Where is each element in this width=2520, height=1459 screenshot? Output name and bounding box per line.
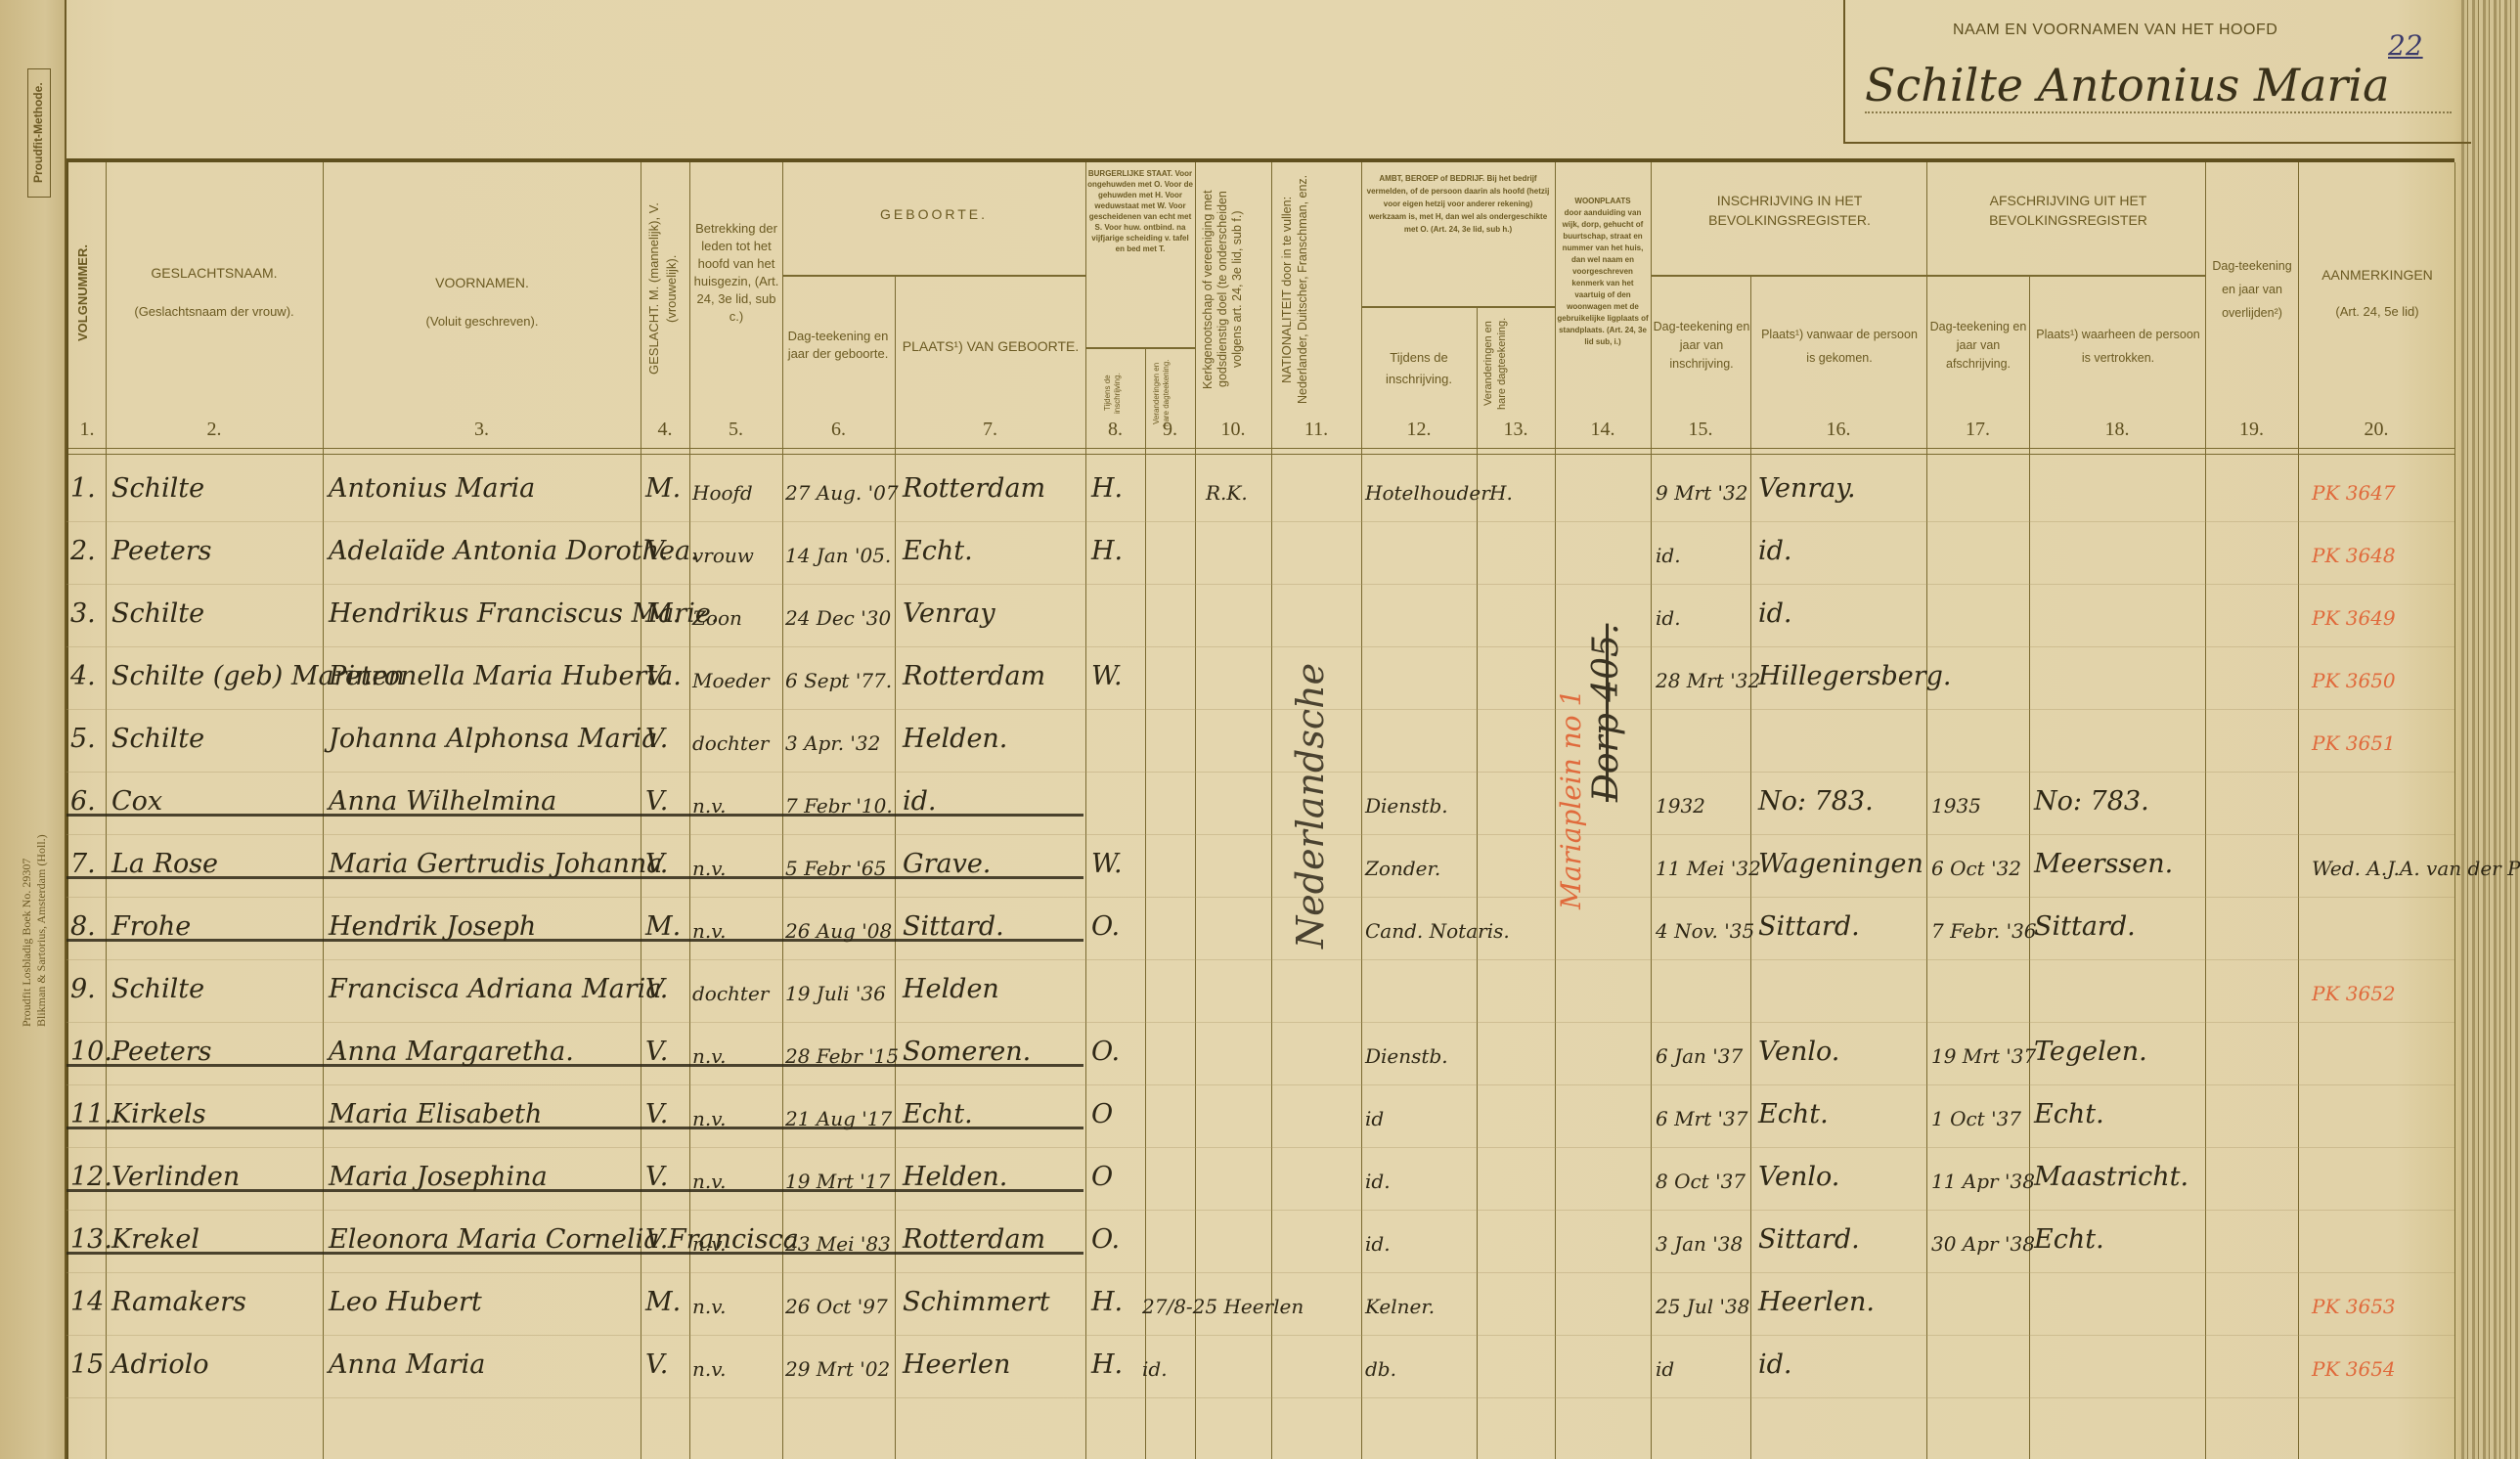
- cell-birth-place: id.: [903, 786, 937, 817]
- cell-surname: Schilte: [111, 724, 204, 754]
- col-number-16: 16.: [1750, 419, 1926, 441]
- col-number-5: 5.: [689, 419, 782, 441]
- cell-remarks: PK 3648: [2312, 544, 2396, 567]
- cell-nr: 2.: [70, 536, 96, 566]
- cell-to-place: Tegelen.: [2034, 1037, 2147, 1067]
- cell-given: Leo Hubert: [329, 1287, 482, 1317]
- strikethrough-line: [66, 1189, 1083, 1192]
- header-col-2-note: (Geslachtsnaam der vrouw).: [110, 303, 319, 321]
- cell-surname: Schilte: [111, 598, 204, 629]
- header-top-rule: [66, 158, 2454, 162]
- header-col-5: Betrekking der leden tot het hoofd van h…: [692, 220, 780, 326]
- table-row: 9.SchilteFrancisca Adriana MariaV.dochte…: [66, 966, 2454, 1029]
- cell-occupation: id.: [1365, 1232, 1391, 1256]
- imprint-line-2: Blikman & Sartorius, Amsterdam (Holl.): [34, 675, 49, 1027]
- cell-remarks: PK 3651: [2312, 731, 2396, 755]
- cell-birth-date: 29 Mrt '02: [785, 1357, 890, 1381]
- header-col-14-title: WOONPLAATS: [1557, 196, 1649, 207]
- head-box-title: NAAM EN VOORNAMEN VAN HET HOOFD: [1953, 22, 2277, 39]
- cell-sex: M.: [645, 598, 681, 629]
- cell-reg-date: 6 Mrt '37: [1656, 1107, 1747, 1130]
- header-col-3: VOORNAMEN. (Voluit geschreven).: [327, 274, 638, 331]
- cell-nr: 12.: [70, 1162, 112, 1192]
- cell-civil: O.: [1091, 911, 1120, 942]
- header-col-12: Tijdens de inschrijving.: [1364, 347, 1474, 390]
- beroep-subrule: [1361, 306, 1555, 308]
- binding-spine: Proudfit-Methode. Proudfit Losbladig Boe…: [0, 0, 66, 1459]
- cell-civil: H.: [1091, 1349, 1123, 1380]
- cell-birth-place: Sittard.: [903, 911, 1004, 942]
- cell-occupation: Hotelhouder: [1365, 481, 1490, 505]
- cell-remarks: PK 3653: [2312, 1295, 2396, 1318]
- cell-reg-date: 1932: [1656, 794, 1705, 818]
- header-col-3-note: (Voluit geschreven).: [327, 313, 638, 331]
- cell-given: Maria Elisabeth: [329, 1099, 542, 1129]
- col-number-7: 7.: [895, 419, 1085, 441]
- header-col-11: NATIONALITEIT door in te vullen: Nederla…: [1279, 172, 1355, 407]
- header-col-20-note: (Art. 24, 5e lid): [2300, 303, 2454, 321]
- spine-method-label: Proudfit-Methode.: [27, 68, 51, 198]
- col-line: [2454, 162, 2455, 1459]
- cell-sex: V.: [645, 536, 668, 566]
- cell-given: Maria Gertrudis Johanna: [329, 849, 662, 879]
- cell-birth-place: Echt.: [903, 1099, 973, 1129]
- cell-birth-place: Someren.: [903, 1037, 1031, 1067]
- cell-from-place: Venray.: [1758, 473, 1856, 504]
- cell-sex: V.: [645, 1162, 668, 1192]
- cell-surname: Ramakers: [111, 1287, 246, 1317]
- col-number-4: 4.: [641, 419, 689, 441]
- cell-relation: dochter: [692, 731, 769, 755]
- cell-reg-date: id.: [1656, 606, 1681, 630]
- cell-surname: Cox: [111, 786, 162, 817]
- col-number-8: 8.: [1085, 419, 1145, 441]
- cell-birth-place: Rotterdam: [903, 473, 1045, 504]
- cell-civil: H.: [1091, 1287, 1123, 1317]
- cell-occupation: db.: [1365, 1357, 1396, 1381]
- table-row: 2.PeetersAdelaïde Antonia Dorothea.V.vro…: [66, 528, 2454, 591]
- cell-remarks: PK 3654: [2312, 1357, 2396, 1381]
- table-row: 6.CoxAnna WilhelminaV.n.v.7 Febr '10.id.…: [66, 778, 2454, 841]
- col-number-2: 2.: [106, 419, 323, 441]
- col-number-18: 18.: [2029, 419, 2205, 441]
- cell-remarks: PK 3652: [2312, 982, 2396, 1005]
- strikethrough-line: [66, 814, 1083, 817]
- cell-dereg-date: 11 Apr '38: [1931, 1170, 2035, 1193]
- cell-sex: M.: [645, 473, 681, 504]
- header-col-20-title: AANMERKINGEN: [2300, 266, 2454, 284]
- cell-sex: M.: [645, 911, 681, 942]
- cell-nr: 5.: [70, 724, 96, 754]
- cell-birth-date: 24 Dec '30: [785, 606, 891, 630]
- cell-from-place: Sittard.: [1758, 911, 1860, 942]
- header-col-2: GESLACHTSNAAM. (Geslachtsnaam der vrouw)…: [110, 264, 319, 321]
- cell-religion: R.K.: [1206, 481, 1248, 505]
- cell-from-place: Venlo.: [1758, 1162, 1839, 1192]
- cell-dereg-date: 7 Febr. '36: [1931, 919, 2037, 943]
- spine-printer-imprint: Proudfit Losbladig Boek No. 29307 Blikma…: [20, 675, 49, 1027]
- cell-surname: La Rose: [111, 849, 218, 879]
- cell-occupation: Zonder.: [1365, 857, 1440, 880]
- cell-birth-date: 14 Jan '05.: [785, 544, 891, 567]
- cell-given: Eleonora Maria Cornelia Francisca: [329, 1224, 799, 1255]
- cell-occupation: id: [1365, 1107, 1384, 1130]
- head-of-household-box: NAAM EN VOORNAMEN VAN HET HOOFD Schilte …: [1843, 0, 2471, 144]
- cell-occ-change: H.: [1489, 481, 1513, 505]
- header-col-14-note: door aanduiding van wijk, dorp, gehucht …: [1557, 207, 1649, 348]
- cell-birth-place: Rotterdam: [903, 661, 1045, 691]
- cell-nr: 14: [70, 1287, 104, 1317]
- cell-given: Johanna Alphonsa Maria: [329, 724, 657, 754]
- geboorte-subrule: [782, 275, 1085, 277]
- cell-civil: H.: [1091, 473, 1123, 504]
- cell-nr: 3.: [70, 598, 96, 629]
- cell-relation: Zoon: [692, 606, 742, 630]
- cell-civil: O: [1091, 1099, 1113, 1129]
- cell-birth-place: Echt.: [903, 536, 973, 566]
- strikethrough-line: [66, 1252, 1083, 1255]
- cell-from-place: id.: [1758, 598, 1792, 629]
- table-row: 10.PeetersAnna Margaretha.V.n.v.28 Febr …: [66, 1029, 2454, 1091]
- cell-nr: 10.: [70, 1037, 112, 1067]
- cell-from-place: id.: [1758, 1349, 1792, 1380]
- cell-from-place: Hillegersberg.: [1758, 661, 1952, 691]
- col-number-14: 14.: [1555, 419, 1651, 441]
- strikethrough-line: [66, 1127, 1083, 1129]
- cell-reg-date: 3 Jan '38: [1656, 1232, 1743, 1256]
- header-col-19: Dag-teekening en jaar van overlijden²): [2208, 254, 2296, 325]
- cell-reg-date: 25 Jul '38: [1656, 1295, 1749, 1318]
- header-col-1: VOLGNUMMER.: [74, 176, 96, 411]
- cell-birth-place: Helden.: [903, 724, 1007, 754]
- cell-dereg-date: 19 Mrt '37: [1931, 1044, 2036, 1068]
- cell-sex: V.: [645, 1349, 668, 1380]
- cell-birth-place: Schimmert: [903, 1287, 1050, 1317]
- cell-reg-date: 28 Mrt '32: [1656, 669, 1760, 692]
- strikethrough-line: [66, 1064, 1083, 1067]
- cell-occupation: Dienstb.: [1365, 1044, 1448, 1068]
- header-col-20: AANMERKINGEN (Art. 24, 5e lid): [2300, 266, 2454, 321]
- cell-given: Francisca Adriana Maria: [329, 974, 661, 1004]
- cell-nr: 6.: [70, 786, 96, 817]
- header-col-18: Plaats¹) waarheen de persoon is vertrokk…: [2034, 323, 2202, 370]
- cell-relation: dochter: [692, 982, 769, 1005]
- cell-dereg-date: 30 Apr '38: [1931, 1232, 2035, 1256]
- cell-given: Adelaïde Antonia Dorothea.: [329, 536, 699, 566]
- header-col-10: Kerkgenootschap of vereeniging met godsd…: [1201, 172, 1265, 407]
- cell-relation: n.v.: [692, 1357, 727, 1381]
- cell-birth-place: Rotterdam: [903, 1224, 1045, 1255]
- cell-nr: 8.: [70, 911, 96, 942]
- cell-civil-change: 27/8-25 Heerlen: [1142, 1295, 1304, 1318]
- header-col-15: Dag-teekening en jaar van inschrijving.: [1653, 318, 1750, 374]
- col-number-20: 20.: [2298, 419, 2454, 441]
- col-number-3: 3.: [323, 419, 641, 441]
- header-col-16: Plaats¹) vanwaar de persoon is gekomen.: [1755, 323, 1923, 370]
- head-of-household-name: Schilte Antonius Maria: [1865, 59, 2452, 113]
- header-col-3-title: VOORNAMEN.: [327, 274, 638, 291]
- cell-to-place: Echt.: [2034, 1099, 2104, 1129]
- cell-surname: Adriolo: [111, 1349, 208, 1380]
- cell-reg-date: 11 Mei '32: [1656, 857, 1761, 880]
- cell-birth-date: 3 Apr. '32: [785, 731, 880, 755]
- col-number-15: 15.: [1651, 419, 1750, 441]
- col-number-11: 11.: [1271, 419, 1361, 441]
- cell-sex: M.: [645, 1287, 681, 1317]
- col-number-1: 1.: [68, 419, 106, 441]
- cell-given: Anna Wilhelmina: [329, 786, 556, 817]
- cell-from-place: Wageningen: [1758, 849, 1923, 879]
- col-number-9: 9.: [1145, 419, 1195, 441]
- cell-from-place: Heerlen.: [1758, 1287, 1875, 1317]
- header-col-4-title: GESLACHT.: [646, 304, 661, 375]
- col-number-13: 13.: [1477, 419, 1555, 441]
- cell-birth-place: Venray: [903, 598, 995, 629]
- col-number-17: 17.: [1926, 419, 2029, 441]
- table-row: 4.Schilte (geb) MarinenPetronella Maria …: [66, 653, 2454, 716]
- cell-sex: V.: [645, 1099, 668, 1129]
- table-row: 5.SchilteJohanna Alphonsa MariaV.dochter…: [66, 716, 2454, 778]
- cell-occupation: Kelner.: [1365, 1295, 1435, 1318]
- cell-surname: Krekel: [111, 1224, 199, 1255]
- cell-civil: W.: [1091, 849, 1123, 879]
- header-col-2-title: GESLACHTSNAAM.: [110, 264, 319, 282]
- strikethrough-line: [66, 876, 1083, 879]
- cell-to-place: Sittard.: [2034, 911, 2136, 942]
- cell-reg-date: 9 Mrt '32: [1656, 481, 1747, 505]
- cell-birth-place: Helden.: [903, 1162, 1007, 1192]
- cell-civil: O.: [1091, 1224, 1120, 1255]
- cell-relation: n.v.: [692, 1295, 727, 1318]
- cell-sex: V.: [645, 974, 668, 1004]
- cell-birth-date: 6 Sept '77.: [785, 669, 892, 692]
- cell-relation: Moeder: [692, 669, 770, 692]
- cell-sex: V.: [645, 661, 668, 691]
- cell-relation: vrouw: [692, 544, 754, 567]
- col-number-10: 10.: [1195, 419, 1271, 441]
- cell-reg-date: 8 Oct '37: [1656, 1170, 1746, 1193]
- cell-sex: V.: [645, 724, 668, 754]
- cell-occupation: id.: [1365, 1170, 1391, 1193]
- cell-sex: V.: [645, 1037, 668, 1067]
- cell-civil-change: id.: [1142, 1357, 1168, 1381]
- header-col-4: GESLACHT. M. (mannelijk), V. (vrouwelijk…: [645, 171, 685, 406]
- cell-sex: V.: [645, 786, 668, 817]
- cell-birth-date: 27 Aug. '07: [785, 481, 899, 505]
- header-group-beroep: AMBT, BEROEP of BEDRIJF. Bij het bedrijf…: [1365, 172, 1551, 236]
- cell-nr: 4.: [70, 661, 96, 691]
- cell-birth-place: Grave.: [903, 849, 991, 879]
- cell-civil: O.: [1091, 1037, 1120, 1067]
- cell-surname: Frohe: [111, 911, 191, 942]
- cell-given: Hendrik Joseph: [329, 911, 536, 942]
- header-col-13: Veranderingen en hare dagteekening.: [1481, 315, 1550, 413]
- cell-remarks: PK 3649: [2312, 606, 2396, 630]
- cell-given: Maria Josephina: [329, 1162, 548, 1192]
- cell-birth-place: Heerlen: [903, 1349, 1010, 1380]
- cell-sex: V.: [645, 849, 668, 879]
- cell-remarks: Wed. A.J.A. van der Poel.: [2312, 857, 2520, 880]
- cell-civil: O: [1091, 1162, 1113, 1192]
- cell-remarks: PK 3650: [2312, 669, 2396, 692]
- cell-civil: W.: [1091, 661, 1123, 691]
- staat-subrule: [1085, 347, 1195, 349]
- table-row: 1.SchilteAntonius MariaM.Hoofd27 Aug. '0…: [66, 465, 2454, 528]
- cell-reg-date: id: [1656, 1357, 1674, 1381]
- cell-nr: 9.: [70, 974, 96, 1004]
- header-col-11-title: NATIONALITEIT: [1279, 289, 1294, 383]
- cell-surname: Kirkels: [111, 1099, 206, 1129]
- cell-reg-date: id.: [1656, 544, 1681, 567]
- strikethrough-line: [66, 939, 1083, 942]
- header-col-17: Dag-teekening en jaar van afschrijving.: [1928, 318, 2028, 374]
- cell-nr: 1.: [70, 473, 96, 504]
- cell-nr: 7.: [70, 849, 96, 879]
- cell-from-place: Venlo.: [1758, 1037, 1839, 1067]
- cell-dereg-date: 6 Oct '32: [1931, 857, 2021, 880]
- table-row: 11.KirkelsMaria ElisabethV.n.v.21 Aug '1…: [66, 1091, 2454, 1154]
- page-stack-edge: [2461, 0, 2520, 1459]
- table-row: 15AdrioloAnna MariaV.n.v.29 Mrt '02Heerl…: [66, 1342, 2454, 1404]
- table-row: 14RamakersLeo HubertM.n.v.26 Oct '97Schi…: [66, 1279, 2454, 1342]
- cell-civil: H.: [1091, 536, 1123, 566]
- table-row: 13.KrekelEleonora Maria Cornelia Francis…: [66, 1216, 2454, 1279]
- cell-birth-place: Helden: [903, 974, 999, 1004]
- header-group-afschrijving: AFSCHRIJVING UIT HET BEVOLKINGSREGISTER: [1931, 191, 2205, 230]
- cell-remarks: PK 3647: [2312, 481, 2396, 505]
- table-row: 8.FroheHendrik JosephM.n.v.26 Aug '08Sit…: [66, 904, 2454, 966]
- cell-to-place: Maastricht.: [2034, 1162, 2188, 1192]
- cell-from-place: Sittard.: [1758, 1224, 1860, 1255]
- cell-nr: 11.: [70, 1099, 112, 1129]
- cell-occupation: Dienstb.: [1365, 794, 1448, 818]
- register-page: Proudfit-Methode. Proudfit Losbladig Boe…: [0, 0, 2520, 1459]
- cell-nr: 13.: [70, 1224, 112, 1255]
- cell-from-place: id.: [1758, 536, 1792, 566]
- cell-birth-date: 26 Oct '97: [785, 1295, 888, 1318]
- header-group-burgerlijke-staat: BURGERLIJKE STAAT. Voor ongehuwden met O…: [1087, 168, 1193, 254]
- cell-surname: Peeters: [111, 1037, 212, 1067]
- cell-surname: Peeters: [111, 536, 212, 566]
- cell-given: Antonius Maria: [329, 473, 535, 504]
- cell-occupation: Cand. Notaris.: [1365, 919, 1510, 943]
- cell-given: Anna Maria: [329, 1349, 485, 1380]
- table-row: 3.SchilteHendrikus Franciscus Marie.M.Zo…: [66, 591, 2454, 653]
- afschrijving-subrule: [1926, 275, 2205, 277]
- header-col-6: Dag-teekening en jaar der geboorte.: [784, 328, 892, 363]
- cell-dereg-date: 1 Oct '37: [1931, 1107, 2021, 1130]
- col-number-19: 19.: [2205, 419, 2298, 441]
- header-col-7: PLAATS¹) VAN GEBOORTE.: [898, 337, 1083, 355]
- header-col-14: WOONPLAATS door aanduiding van wijk, dor…: [1557, 196, 1649, 348]
- cell-relation: Hoofd: [692, 481, 753, 505]
- imprint-line-1: Proudfit Losbladig Boek No. 29307: [20, 675, 34, 1027]
- header-group-inschrijving: INSCHRIJVING IN HET BEVOLKINGSREGISTER.: [1653, 191, 1926, 230]
- cell-from-place: No: 783.: [1758, 786, 1874, 817]
- header-bottom-rule: [66, 448, 2454, 455]
- cell-to-place: Echt.: [2034, 1224, 2104, 1255]
- cell-sex: V.: [645, 1224, 668, 1255]
- cell-reg-date: 4 Nov. '35: [1656, 919, 1754, 943]
- cell-given: Petronella Maria Huberta.: [329, 661, 682, 691]
- col-number-6: 6.: [782, 419, 895, 441]
- cell-surname: Schilte: [111, 473, 204, 504]
- cell-given: Anna Margaretha.: [329, 1037, 574, 1067]
- page-number: 22: [2388, 29, 2423, 62]
- cell-surname: Verlinden: [111, 1162, 240, 1192]
- table-row: 7.La RoseMaria Gertrudis JohannaV.n.v.5 …: [66, 841, 2454, 904]
- table-row: 12.VerlindenMaria JosephinaV.n.v.19 Mrt …: [66, 1154, 2454, 1216]
- cell-reg-date: 6 Jan '37: [1656, 1044, 1743, 1068]
- col-number-12: 12.: [1361, 419, 1477, 441]
- cell-birth-date: 19 Juli '36: [785, 982, 886, 1005]
- cell-dereg-date: 1935: [1931, 794, 1981, 818]
- cell-to-place: Meerssen.: [2034, 849, 2173, 879]
- header-group-geboorte: GEBOORTE.: [782, 205, 1085, 223]
- cell-surname: Schilte: [111, 974, 204, 1004]
- cell-nr: 15: [70, 1349, 104, 1380]
- cell-to-place: No: 783.: [2034, 786, 2149, 817]
- inschrijving-subrule: [1651, 275, 1926, 277]
- cell-from-place: Echt.: [1758, 1099, 1829, 1129]
